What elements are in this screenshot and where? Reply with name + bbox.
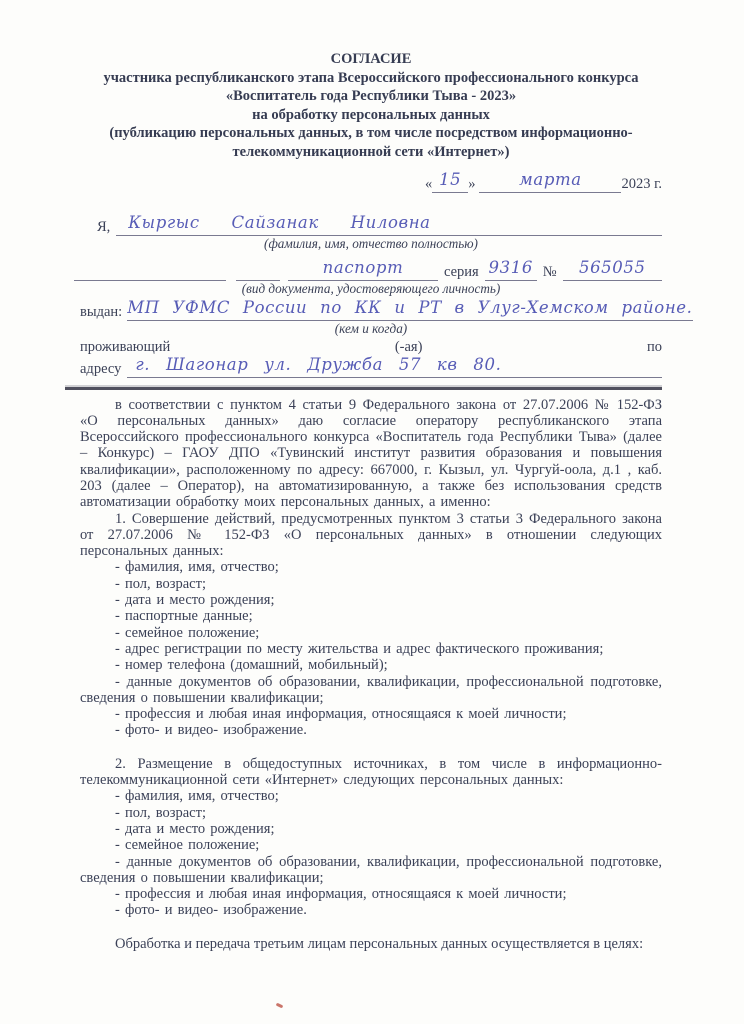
list-item: - семейное положение; [80,625,662,641]
title-line: телекоммуникационной сети «Интернет») [80,143,662,162]
handwritten-day: 15 [439,170,461,189]
list-item: - дата и место рождения; [80,821,662,837]
blank-field [74,280,226,281]
list-item: - паспортные данные; [80,608,662,624]
scan-artifact-line [65,387,662,390]
date-day-field: 15 [432,173,468,193]
list-item: - фото- и видео- изображение. [80,902,662,918]
handwritten-issued-by: МП УФМС России по КК и РТ в Улуг-Хемском… [127,298,692,317]
list-item: - дата и место рождения; [80,592,662,608]
list-item: - фамилия, имя, отчество; [80,559,662,575]
issued-line: выдан: МП УФМС России по КК и РТ в Улуг-… [80,300,662,321]
scanned-consent-document: { "doc": { "title": { "l1": "СОГЛАСИЕ", … [0,0,744,1024]
title-line: (публикацию персональных данных, в том ч… [80,124,662,143]
name-caption: (фамилия, имя, отчество полностью) [80,236,662,251]
address-line: адресу г. Шагонар ул. Дружба 57 кв 80. [80,357,662,378]
title-line: на обработку персональных данных [80,106,662,125]
list-item: - профессия и любая иная информация, отн… [80,706,662,722]
series-field: 9316 [485,260,537,281]
document-type-caption: (вид документа, удостоверяющего личность… [80,281,662,296]
address-field: г. Шагонар ул. Дружба 57 кв 80. [127,357,662,378]
handwritten-name: Кыргыс Сайзанак Ниловна [128,213,430,232]
title-line: «Воспитатель года Республики Тыва - 2023… [80,87,662,106]
list-item: - пол, возраст; [80,576,662,592]
name-line: Я, Кыргыс Сайзанак Ниловна [80,215,662,236]
list-item: - номер телефона (домашний, мобильный); [80,657,662,673]
doc-type-field: паспорт [288,260,438,281]
issued-label: выдан: [80,304,122,321]
document-title: СОГЛАСИЕ участника республиканского этап… [80,50,662,161]
section2-intro: 2. Размещение в общедоступных источниках… [80,756,662,789]
residing-suffix: (-ая) [395,339,423,356]
handwritten-number: 565055 [579,258,646,277]
title-line: СОГЛАСИЕ [80,50,662,69]
date-open-quote: « [425,175,432,193]
list-item: - фамилия, имя, отчество; [80,788,662,804]
intro-paragraph: в соответствии с пунктом 4 статьи 9 Феде… [80,397,662,511]
number-sign: № [543,264,557,281]
handwritten-doc-type: паспорт [323,258,404,277]
list-item: - пол, возраст; [80,805,662,821]
document-body: в соответствии с пунктом 4 статьи 9 Феде… [80,397,662,953]
issued-field: МП УФМС России по КК и РТ в Улуг-Хемском… [127,300,692,321]
residing-label: проживающий [80,339,170,356]
list-item: - семейное положение; [80,837,662,853]
list-item: - данные документов об образовании, квал… [80,674,662,707]
ya-label: Я, [97,219,110,236]
address-label: адресу [80,361,121,378]
handwritten-month: марта [519,170,582,189]
number-field: 565055 [563,260,662,281]
list-item: - адрес регистрации по месту жительства … [80,641,662,657]
series-label: серия [444,264,479,281]
list-item: - данные документов об образовании, квал… [80,854,662,887]
list-item: - фото- и видео- изображение. [80,722,662,738]
closing-line: Обработка и передача третьим лицам персо… [80,936,662,952]
document-type-line: паспорт серия 9316 № 565055 [80,260,662,281]
handwritten-series: 9316 [489,258,533,277]
name-field: Кыргыс Сайзанак Ниловна [116,215,662,236]
list-item: - профессия и любая иная информация, отн… [80,886,662,902]
date-year: 2023 г. [621,175,662,193]
residing-line: проживающий (-ая) по [80,339,662,356]
date-close-quote: » [468,175,475,193]
handwritten-address: г. Шагонар ул. Дружба 57 кв 80. [135,355,501,374]
document-page: СОГЛАСИЕ участника республиканского этап… [0,0,744,1024]
date-line: «15» марта 2023 г. [80,173,662,193]
residing-po: по [647,339,662,356]
date-month-field: марта [479,173,621,193]
section1-intro: 1. Совершение действий, предусмотренных … [80,511,662,560]
issued-caption: (кем и когда) [80,321,662,336]
title-line: участника республиканского этапа Всеросс… [80,69,662,88]
